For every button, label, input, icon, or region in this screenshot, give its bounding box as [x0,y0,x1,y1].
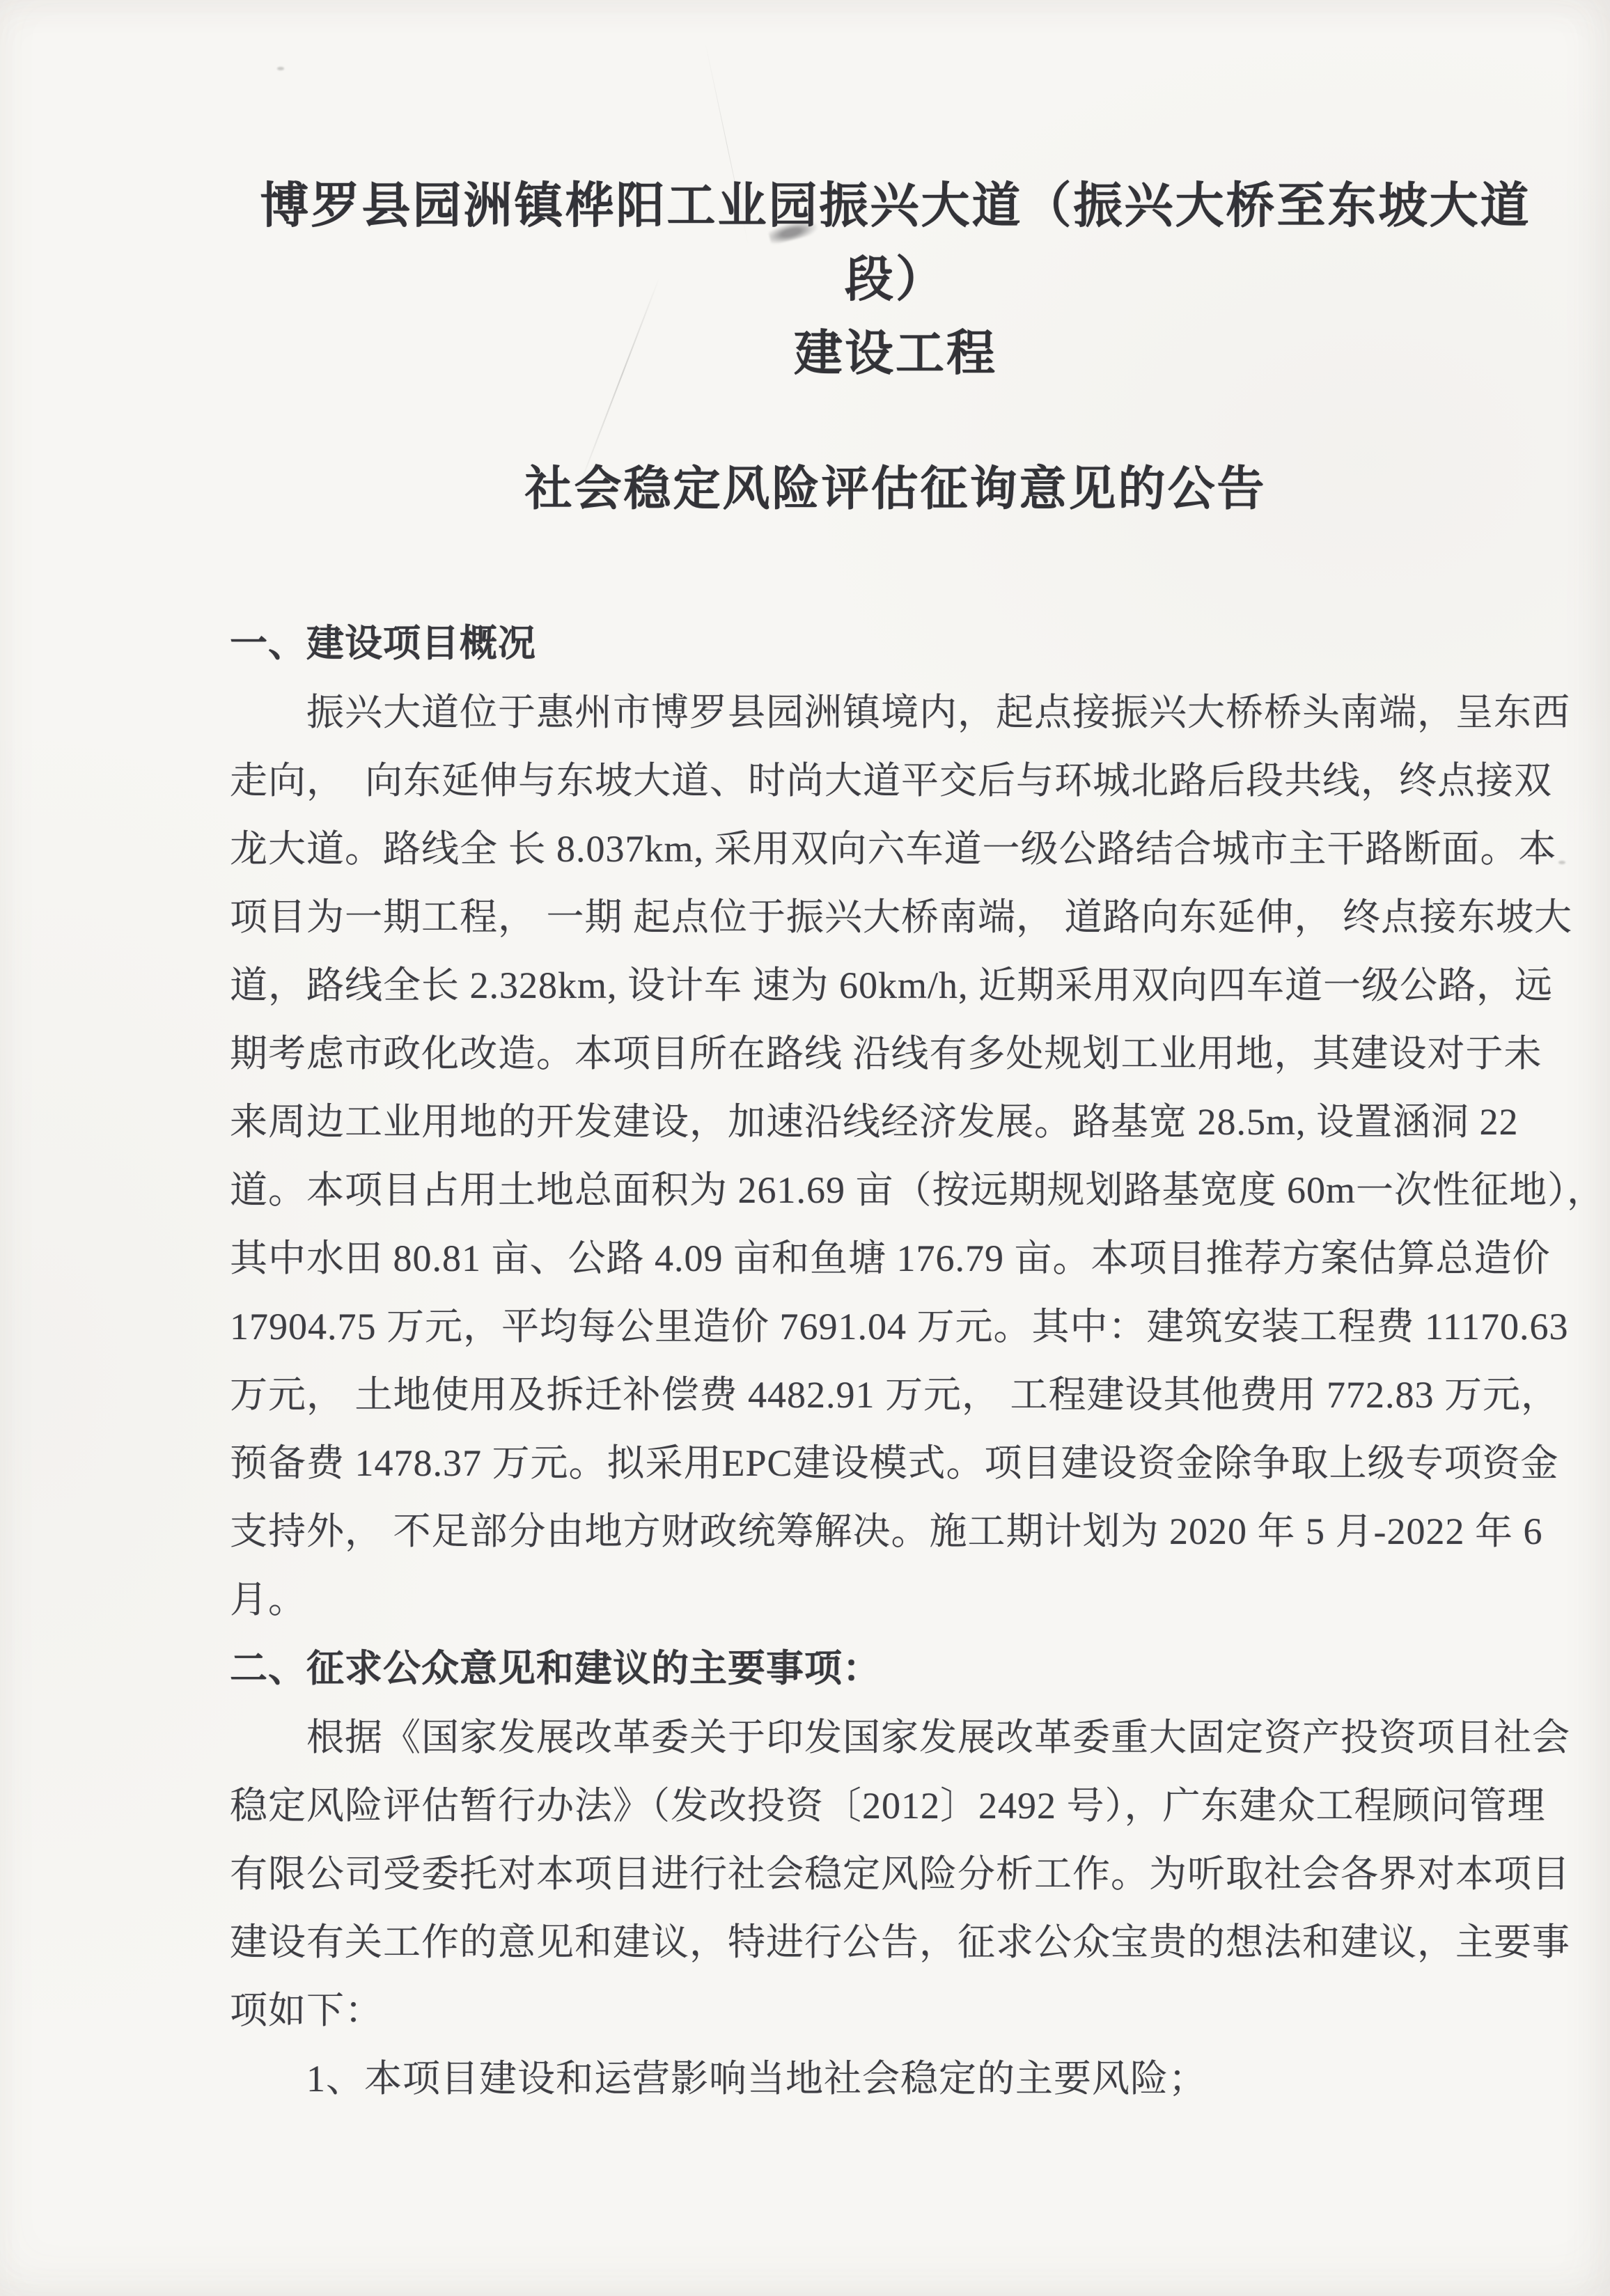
section2-paragraph: 根据《国家发展改革委关于印发国家发展改革委重大固定资产投资项目社会 稳定风险评估… [230,1703,1561,2045]
text-line: 项如下： [230,1976,1561,2045]
text-line: 稳定风险评估暂行办法》（发改投资〔2012〕2492 号），广东建众工程顾问管理 [230,1772,1561,1840]
text-line: 走向， 向东延伸与东坡大道、时尚大道平交后与环城北路后段共线，终点接双 [230,747,1561,815]
text-line: 来周边工业用地的开发建设，加速沿线经济发展。路基宽 28.5m, 设置涵洞 22 [230,1088,1561,1156]
section2-heading: 二、征求公众意见和建议的主要事项： [230,1634,1561,1703]
text-line: 道。本项目占用土地总面积为 261.69 亩（按远期规划路基宽度 60m一次性征… [230,1156,1561,1224]
document-title: 博罗县园洲镇桦阳工业园振兴大道（振兴大桥至东坡大道段） 建设工程 [230,0,1561,391]
section1-paragraph: 振兴大道位于惠州市博罗县园洲镇境内，起点接振兴大桥桥头南端，呈东西 走向， 向东… [230,678,1561,1634]
list-item-1: 1、本项目建设和运营影响当地社会稳定的主要风险； [230,2045,1561,2113]
text-line: 项目为一期工程， 一期 起点位于振兴大桥南端， 道路向东延伸， 终点接东坡大 [230,883,1561,951]
document-subtitle: 社会稳定风险评估征询意见的公告 [230,451,1561,526]
scanned-document: { "page": { "background": "#f7f6f3", "te… [0,0,1610,2296]
text-line: 根据《国家发展改革委关于印发国家发展改革委重大固定资产投资项目社会 [230,1703,1561,1772]
text-line: 振兴大道位于惠州市博罗县园洲镇境内，起点接振兴大桥桥头南端，呈东西 [230,678,1561,747]
text-line: 支持外， 不足部分由地方财政统筹解决。施工期计划为 2020 年 5 月-202… [230,1497,1561,1565]
text-line: 月。 [230,1565,1561,1634]
text-line: 17904.75 万元，平均每公里造价 7691.04 万元。其中：建筑安装工程… [230,1293,1561,1361]
title-line-2: 建设工程 [230,318,1561,391]
title-line-1: 博罗县园洲镇桦阳工业园振兴大道（振兴大桥至东坡大道段） [230,170,1561,318]
text-line: 其中水田 80.81 亩、公路 4.09 亩和鱼塘 176.79 亩。本项目推荐… [230,1224,1561,1293]
text-line: 期考虑市政化改造。本项目所在路线 沿线有多处规划工业用地，其建设对于未 [230,1020,1561,1088]
text-line: 道，路线全长 2.328km, 设计车 速为 60km/h, 近期采用双向四车道… [230,951,1561,1020]
text-line: 有限公司受委托对本项目进行社会稳定风险分析工作。为听取社会各界对本项目 [230,1840,1561,1908]
text-line: 预备费 1478.37 万元。拟采用EPC建设模式。项目建设资金除争取上级专项资… [230,1429,1561,1497]
text-line: 万元， 土地使用及拆迁补偿费 4482.91 万元， 工程建设其他费用 772.… [230,1361,1561,1429]
document-content: 博罗县园洲镇桦阳工业园振兴大道（振兴大桥至东坡大道段） 建设工程 社会稳定风险评… [230,0,1561,2113]
text-line: 建设有关工作的意见和建议，特进行公告，征求公众宝贵的想法和建议，主要事 [230,1908,1561,1976]
text-line: 龙大道。路线全 长 8.037km, 采用双向六车道一级公路结合城市主干路断面。… [230,815,1561,883]
scanned-page: 博罗县园洲镇桦阳工业园振兴大道（振兴大桥至东坡大道段） 建设工程 社会稳定风险评… [0,0,1610,2296]
section1-heading: 一、建设项目概况 [230,609,1561,678]
